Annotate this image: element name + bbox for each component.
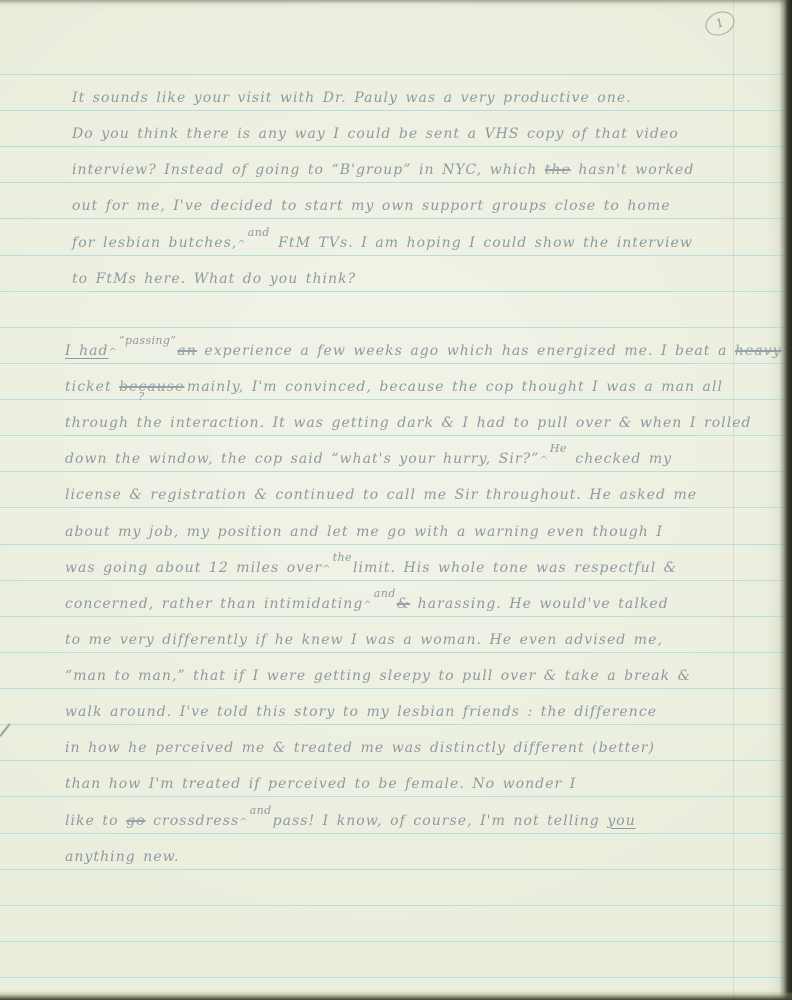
handwriting-line: to me very differently if he knew I was … — [65, 627, 663, 653]
caret-mark: ^ — [239, 817, 248, 828]
text-segment: license & registration & continued to ca… — [65, 487, 697, 503]
ruled-line — [0, 941, 786, 942]
handwriting-line: out for me, I've decided to start my own… — [72, 193, 671, 219]
text-segment: down the window, the cop said “what's yo… — [65, 451, 539, 467]
text-segment: pass! I know, of course, I'm not telling — [273, 813, 608, 829]
text-segment: FtM TVs. I am hoping I could show the in… — [271, 235, 693, 251]
caret-mark: ^ — [109, 347, 118, 358]
scan-edge-top — [0, 0, 792, 4]
handwriting-line: for lesbian butches,^and FtM TVs. I am h… — [72, 230, 693, 256]
struck-out-word: the — [545, 162, 571, 178]
underlined-word: you — [607, 813, 636, 829]
ruled-line — [0, 977, 786, 978]
inserted-word: He — [550, 436, 567, 462]
handwriting-line: anything new. — [65, 844, 180, 870]
handwriting-line: “man to man,” that if I were getting sle… — [65, 663, 691, 689]
text-segment: concerned, rather than intimidating — [65, 596, 363, 612]
text-segment: “man to man,” that if I were getting sle… — [65, 668, 691, 684]
handwriting-line: to FtMs here. What do you think? — [72, 266, 356, 292]
text-segment: to FtMs here. What do you think? — [72, 271, 356, 287]
text-segment: anything new. — [65, 849, 180, 865]
inserted-word: “passing” — [119, 328, 176, 354]
handwriting-line: in how he perceived me & treated me was … — [65, 735, 655, 761]
struck-out-word: & — [397, 596, 411, 612]
caret-mark: ^ — [539, 455, 548, 466]
text-segment: experience a few weeks ago which has ene… — [197, 343, 735, 359]
text-segment: checked my — [568, 451, 672, 467]
text-segment: in how he perceived me & treated me was … — [65, 740, 655, 756]
handwriting-line: about my job, my position and let me go … — [65, 519, 663, 545]
handwriting-line: than how I'm treated if perceived to be … — [65, 771, 576, 797]
inserted-word: the — [333, 545, 352, 571]
scan-edge-right — [779, 0, 792, 1000]
handwriting-line: down the window, the cop said “what's yo… — [65, 446, 672, 472]
handwriting-line: ticket because? mainly, I'm convinced, b… — [65, 374, 723, 400]
handwriting-line: was going about 12 miles over^thelimit. … — [65, 555, 677, 581]
text-segment: limit. His whole tone was respectful & — [353, 560, 677, 576]
text-segment: like to — [65, 813, 126, 829]
paper: It sounds like your visit with Dr. Pauly… — [0, 0, 792, 1000]
text-segment: It sounds like your visit with Dr. Pauly… — [72, 90, 632, 106]
text-segment: about my job, my position and let me go … — [65, 524, 663, 540]
text-segment: harassing. He would've talked — [410, 596, 669, 612]
ruled-line — [0, 74, 786, 75]
handwriting-line: like to go crossdress^andpass! I know, o… — [65, 808, 636, 834]
text-segment: mainly, I'm convinced, because the cop t… — [179, 379, 723, 395]
text-segment: hasn't worked — [571, 162, 694, 178]
note-below: ? — [138, 384, 145, 410]
scanned-letter-page: It sounds like your visit with Dr. Pauly… — [0, 0, 792, 1000]
text-segment: ticket — [65, 379, 119, 395]
text-segment: crossdress — [146, 813, 240, 829]
text-segment: walk around. I've told this story to my … — [65, 704, 657, 720]
struck-out-word: because — [119, 379, 184, 395]
inserted-word: and — [250, 798, 272, 824]
struck-out-word: an — [177, 343, 196, 359]
handwriting-line: through the interaction. It was getting … — [65, 410, 752, 436]
handwriting-line: license & registration & continued to ca… — [65, 482, 697, 508]
ruled-line — [0, 905, 786, 906]
caret-mark: ^ — [237, 239, 246, 250]
caret-mark: ^ — [322, 564, 331, 575]
struck-out-word: go — [126, 813, 146, 829]
handwriting-line: concerned, rather than intimidating^and&… — [65, 591, 669, 617]
text-segment: than how I'm treated if perceived to be … — [65, 776, 576, 792]
handwriting-line: interview? Instead of going to “B'group”… — [72, 157, 694, 183]
underlying-page-edge — [733, 0, 734, 1000]
text-segment: for lesbian butches, — [72, 235, 237, 251]
text-segment: through the interaction. It was getting … — [65, 415, 752, 431]
text-segment: to me very differently if he knew I was … — [65, 632, 663, 648]
handwriting-line: Do you think there is any way I could be… — [72, 121, 679, 147]
ruled-line — [0, 327, 786, 328]
underlined-word: I had — [65, 343, 109, 359]
text-segment: Do you think there is any way I could be… — [72, 126, 679, 142]
caret-mark: ^ — [363, 600, 372, 611]
text-segment: out for me, I've decided to start my own… — [72, 198, 671, 214]
handwriting-line: walk around. I've told this story to my … — [65, 699, 657, 725]
text-segment: interview? Instead of going to “B'group”… — [72, 162, 545, 178]
scan-edge-bottom — [0, 991, 792, 1000]
handwriting-line: It sounds like your visit with Dr. Pauly… — [72, 85, 632, 111]
inserted-word: and — [248, 220, 270, 246]
text-segment: was going about 12 miles over — [65, 560, 322, 576]
inserted-word: and — [374, 581, 396, 607]
handwriting-line: I had^“passing”an experience a few weeks… — [65, 338, 792, 364]
struck-out-word: heavy — [735, 343, 782, 359]
